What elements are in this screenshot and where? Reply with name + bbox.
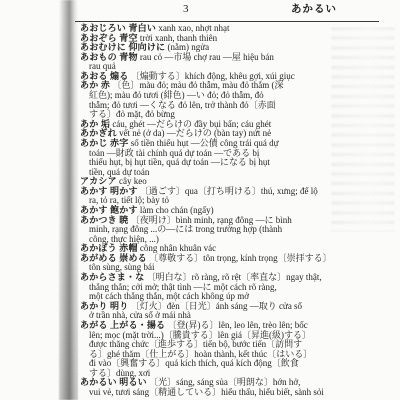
page-number: 3 bbox=[183, 3, 189, 15]
headword: あおむけに 仰向けに bbox=[80, 42, 165, 52]
headword: あか 赤 bbox=[80, 80, 110, 90]
headword: あかす 明かす bbox=[80, 186, 138, 196]
headword: あからさま・な bbox=[80, 272, 144, 282]
scanned-dictionary-page: 3 あかるい あおじろい 青白い xanh xao, nhợt nhạtあおぞら… bbox=[0, 0, 400, 400]
headword: アカシア bbox=[80, 176, 117, 186]
headword: あかぼう 赤帽 bbox=[80, 243, 138, 253]
guide-word: あかるい bbox=[291, 4, 337, 16]
headword: あがる 上がる・揚る bbox=[80, 320, 165, 330]
dictionary-line: vui vẻ, tươi sáng〔精通している〕hiểu thấu, hiểu… bbox=[80, 388, 382, 398]
headword: あおじろい 青白い bbox=[80, 23, 156, 33]
headword: あかるい 明るい bbox=[80, 377, 147, 387]
headword: あかす 飽かす bbox=[80, 205, 138, 215]
headword: あかぎれ bbox=[80, 128, 117, 138]
dictionary-column: あおじろい 青白い xanh xao, nhợt nhạtあおぞら 青空 trờ… bbox=[80, 24, 382, 398]
headword: あかり 明り bbox=[80, 301, 128, 311]
dictionary-line: あおもの 青物 rau cỏ —市場 chợ rau —屋 hiệu bán bbox=[80, 53, 382, 63]
header-rule bbox=[75, 21, 379, 22]
book-gutter-shadow bbox=[59, 0, 78, 400]
headword: あおもの 青物 bbox=[80, 52, 138, 62]
headword: あがめる 崇める bbox=[80, 253, 147, 263]
headword: あかじ 赤字 bbox=[80, 138, 128, 148]
headword: あかつき 暁 bbox=[80, 215, 128, 225]
